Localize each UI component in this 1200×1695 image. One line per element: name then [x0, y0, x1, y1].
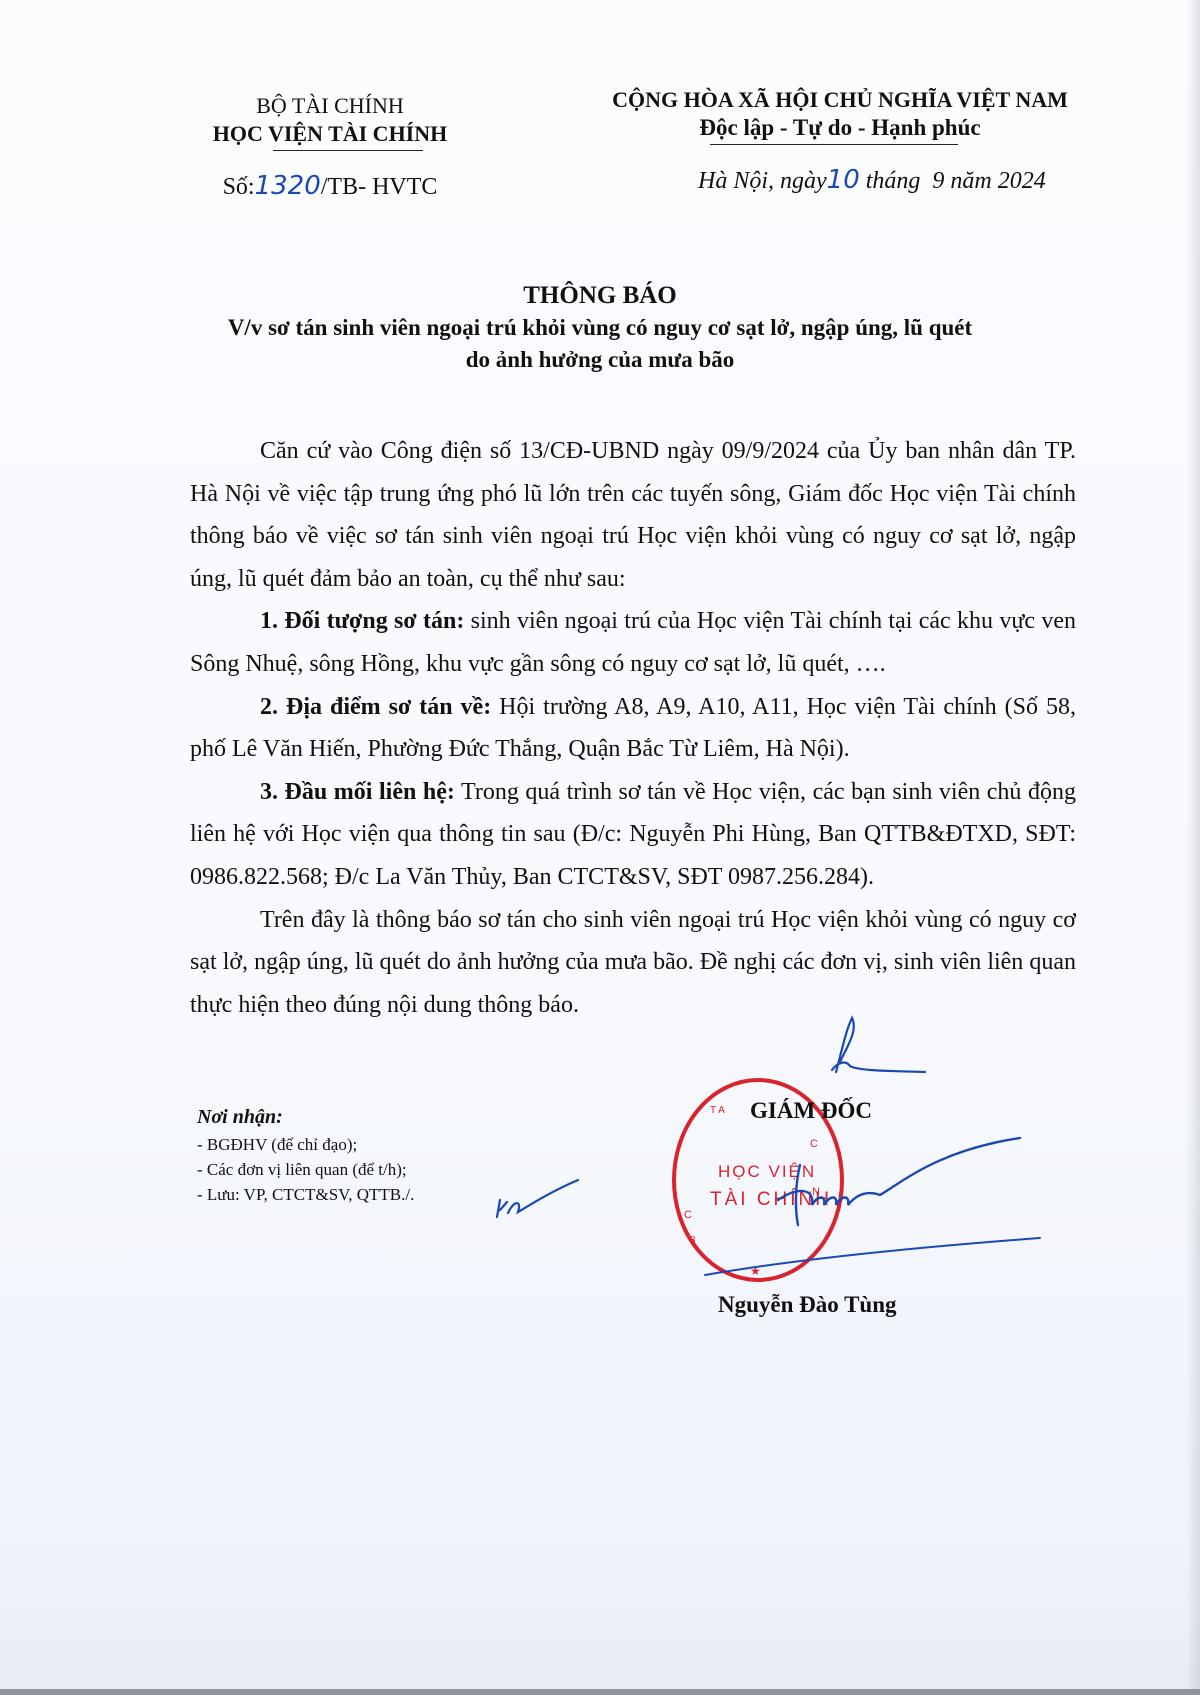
- svg-text:T A: T A: [710, 1105, 725, 1116]
- document-number: Số:1320/TB- HVTC: [170, 171, 490, 201]
- recipients-title: Nơi nhận:: [197, 1105, 414, 1130]
- national-motto: Độc lập - Tự do - Hạnh phúc: [600, 114, 1080, 142]
- svg-text:★: ★: [750, 1264, 761, 1278]
- recipients-block: Nơi nhận: - BGĐHV (để chỉ đạo); - Các đơ…: [197, 1105, 414, 1207]
- scan-bottom-edge: [0, 1689, 1200, 1695]
- signer-position: GIÁM ĐỐC: [750, 1098, 872, 1124]
- svg-text:8: 8: [690, 1235, 696, 1246]
- document-page: BỘ TÀI CHÍNH HỌC VIỆN TÀI CHÍNH Số:1320/…: [0, 0, 1200, 1695]
- national-header: CỘNG HÒA XÃ HỘI CHỦ NGHĨA VIỆT NAM Độc l…: [600, 86, 1080, 145]
- svg-text:HỌC VIỆN: HỌC VIỆN: [718, 1162, 816, 1181]
- issuer-header: BỘ TÀI CHÍNH HỌC VIỆN TÀI CHÍNH Số:1320/…: [170, 92, 490, 201]
- handwritten-doc-number: 1320: [255, 171, 321, 201]
- motto-underline: [710, 144, 958, 145]
- notice-body: Căn cứ vào Công điện số 13/CĐ-UBND ngày …: [190, 430, 1076, 1026]
- signer-name: Nguyễn Đào Tùng: [718, 1292, 897, 1318]
- recipient-item: - BGĐHV (để chỉ đạo);: [197, 1132, 414, 1157]
- svg-text:C: C: [684, 1209, 692, 1221]
- svg-text:C: C: [810, 1138, 818, 1150]
- institute-underline: [273, 150, 423, 151]
- scan-edge-shadow: [1186, 0, 1200, 1695]
- recipient-item: - Các đơn vị liên quan (để t/h);: [197, 1157, 414, 1182]
- notice-subject-line2: do ảnh hưởng của mưa bão: [0, 344, 1200, 376]
- institute-name: HỌC VIỆN TÀI CHÍNH: [170, 120, 490, 148]
- ministry-name: BỘ TÀI CHÍNH: [170, 92, 490, 120]
- item-evacuation-location: 2. Địa điểm sơ tán về: Hội trường A8, A9…: [190, 686, 1076, 771]
- item-contact-point: 3. Đầu mối liên hệ: Trong quá trình sơ t…: [190, 771, 1076, 899]
- republic-name: CỘNG HÒA XÃ HỘI CHỦ NGHĨA VIỆT NAM: [600, 86, 1080, 114]
- document-date: Hà Nội, ngày10 tháng 9 năm 2024: [698, 165, 1046, 195]
- item-evacuees: 1. Đối tượng sơ tán: sinh viên ngoại trú…: [190, 600, 1076, 685]
- closing-paragraph: Trên đây là thông báo sơ tán cho sinh vi…: [190, 899, 1076, 1027]
- notice-title-block: THÔNG BÁO V/v sơ tán sinh viên ngoại trú…: [0, 280, 1200, 376]
- notice-heading: THÔNG BÁO: [0, 280, 1200, 312]
- handwritten-day: 10: [827, 165, 860, 195]
- svg-text:N: N: [812, 1186, 820, 1198]
- intro-paragraph: Căn cứ vào Công điện số 13/CĐ-UBND ngày …: [190, 430, 1076, 600]
- recipient-item: - Lưu: VP, CTCT&SV, QTTB./.: [197, 1182, 414, 1207]
- notice-subject-line1: V/v sơ tán sinh viên ngoại trú khỏi vùng…: [0, 312, 1200, 344]
